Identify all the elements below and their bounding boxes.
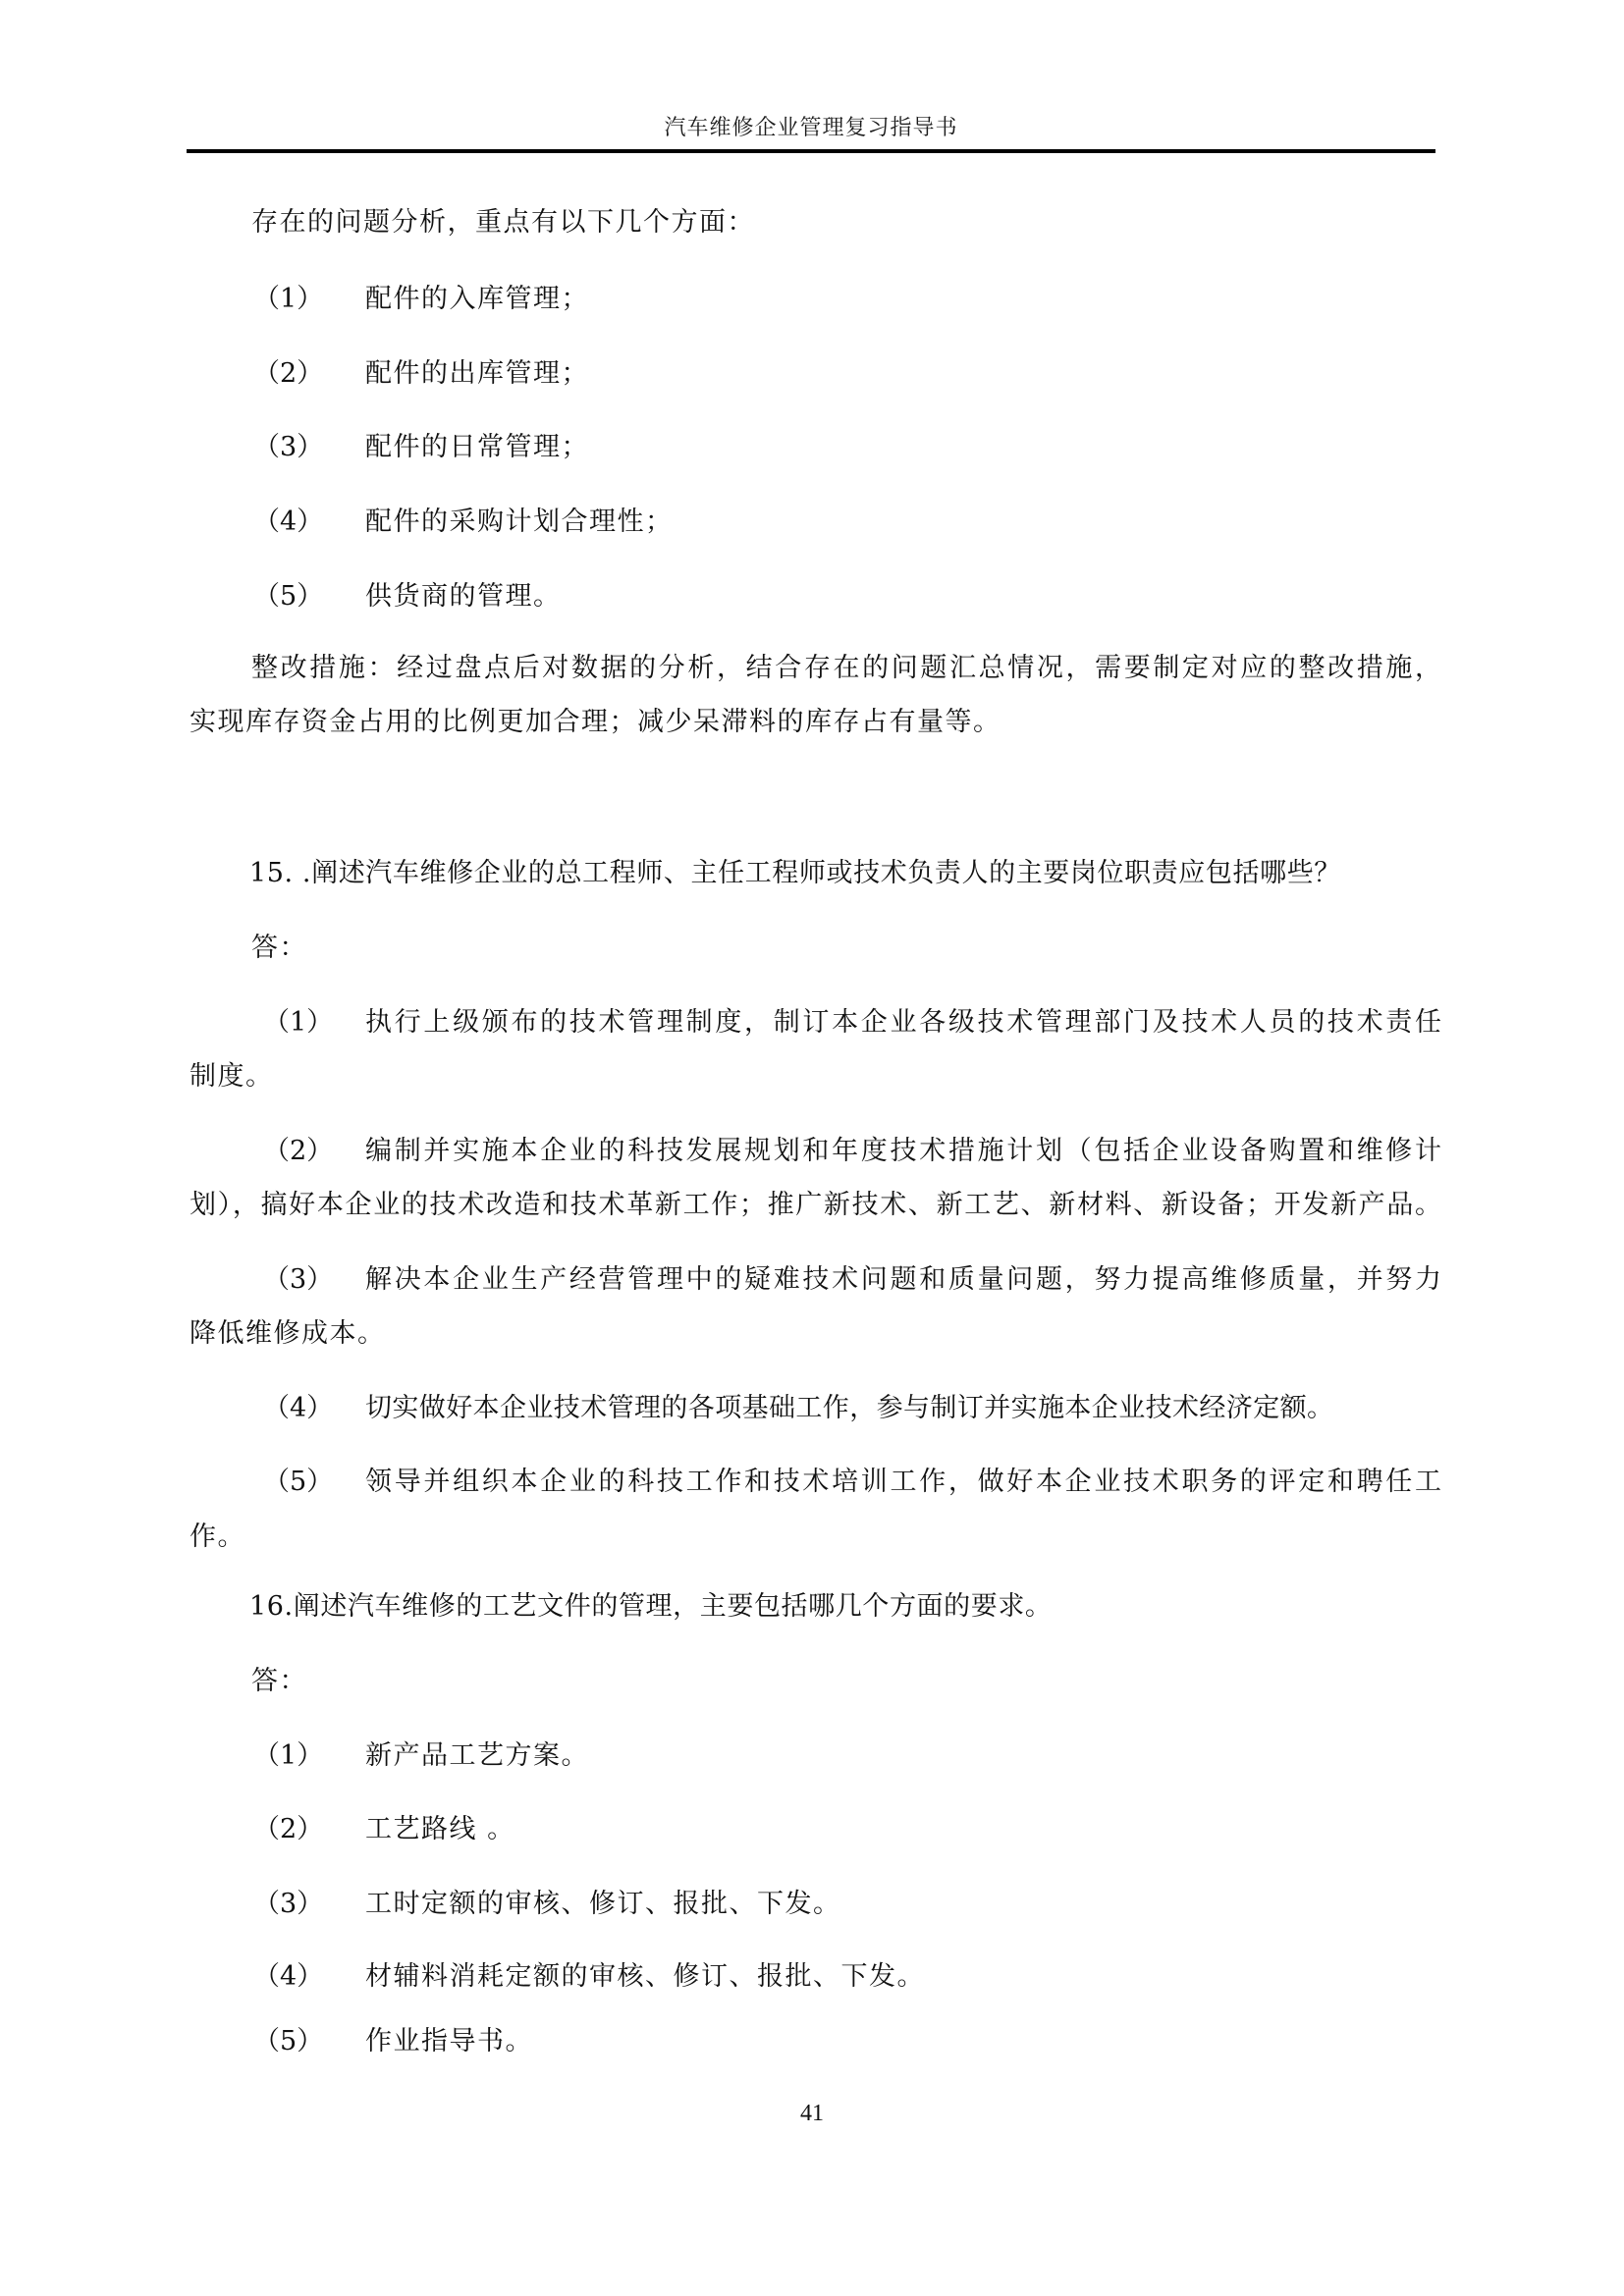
list-item-label: （5） [253, 2022, 323, 2061]
list-item-text: 供货商的管理。 [365, 577, 562, 616]
list-item-text-cont: 制度。 [189, 1057, 274, 1096]
list-item-label: （2） [263, 1132, 333, 1171]
list-item-text: 编制并实施本企业的科技发展规划和年度技术措施计划（包括企业设备购置和维修计 [365, 1132, 1441, 1171]
list-item-text-cont: 划），搞好本企业的技术改造和技术革新工作；推广新技术、新工艺、新材料、新设备；开… [189, 1186, 1441, 1225]
question-16: 16.阐述汽车维修的工艺文件的管理，主要包括哪几个方面的要求。 [249, 1587, 1053, 1627]
list-item-label: （5） [253, 577, 323, 616]
document-page: 汽车维修企业管理复习指导书 存在的问题分析，重点有以下几个方面： （1） 配件的… [0, 0, 1624, 2296]
intro-text: 存在的问题分析，重点有以下几个方面： [251, 203, 755, 242]
list-item-text: 执行上级颁布的技术管理制度，制订本企业各级技术管理部门及技术人员的技术责任 [365, 1003, 1441, 1042]
list-item-label: （4） [253, 503, 323, 542]
list-item-label: （5） [263, 1463, 333, 1502]
list-item-label: （1） [253, 1736, 323, 1776]
list-item-text: 配件的出库管理； [365, 354, 589, 394]
list-item-text-cont: 作。 [189, 1518, 245, 1557]
list-item-text: 工时定额的审核、修订、报批、下发。 [365, 1885, 841, 1924]
list-item-text: 领导并组织本企业的科技工作和技术培训工作，做好本企业技术职务的评定和聘任工 [365, 1463, 1441, 1502]
list-item-label: （1） [253, 280, 323, 319]
list-item-label: （4） [263, 1389, 333, 1428]
list-item-label: （3） [253, 1885, 323, 1924]
list-item-text: 工艺路线 。 [365, 1810, 515, 1849]
measures-text-line1: 整改措施：经过盘点后对数据的分析，结合存在的问题汇总情况，需要制定对应的整改措施… [251, 649, 1441, 688]
running-header: 汽车维修企业管理复习指导书 [187, 112, 1435, 145]
list-item-label: （4） [253, 1957, 323, 1997]
page-number: 41 [776, 2096, 848, 2131]
list-item-text-cont: 降低维修成本。 [189, 1314, 386, 1354]
list-item-label: （2） [253, 1810, 323, 1849]
header-rule [187, 149, 1435, 153]
list-item-text: 材辅料消耗定额的审核、修订、报批、下发。 [365, 1957, 925, 1997]
list-item-label: （2） [253, 354, 323, 394]
answer-label: 答： [251, 929, 307, 968]
list-item-label: （3） [263, 1260, 333, 1300]
list-item-text: 解决本企业生产经营管理中的疑难技术问题和质量问题，努力提高维修质量，并努力 [365, 1260, 1441, 1300]
list-item-text: 新产品工艺方案。 [365, 1736, 589, 1776]
list-item-text: 配件的日常管理； [365, 428, 589, 467]
list-item-text: 配件的采购计划合理性； [365, 503, 674, 542]
list-item-label: （1） [263, 1003, 333, 1042]
question-15: 15. .阐述汽车维修企业的总工程师、主任工程师或技术负责人的主要岗位职责应包括… [249, 854, 1341, 893]
answer-label: 答： [251, 1662, 307, 1701]
list-item-text: 作业指导书。 [365, 2022, 533, 2061]
list-item-label: （3） [253, 428, 323, 467]
list-item-text: 配件的入库管理； [365, 280, 589, 319]
measures-text-line2: 实现库存资金占用的比例更加合理；减少呆滞料的库存占有量等。 [189, 703, 1001, 742]
list-item-text: 切实做好本企业技术管理的各项基础工作，参与制订并实施本企业技术经济定额。 [365, 1389, 1333, 1428]
